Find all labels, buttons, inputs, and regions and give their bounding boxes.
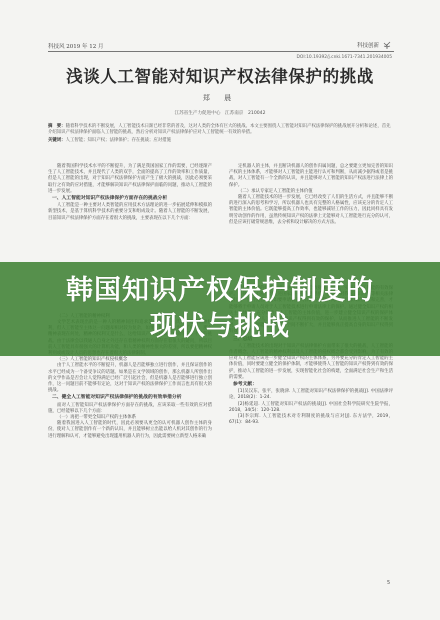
keywords-text: 人工智能；知识产权；法律保护；存在挑战；应对措施	[66, 138, 171, 143]
page-number: 5	[387, 580, 390, 586]
author-affiliation: 江苏省生产力促进中心 江苏南京 210042	[0, 110, 440, 116]
keywords-label: 关键词：	[48, 138, 66, 143]
overlay-title-banner: 韩国知识产权保护制度的 现状与挑战	[0, 262, 440, 356]
header-rule	[48, 51, 394, 52]
banner-title-line-1: 韩国知识产权保护制度的	[66, 273, 374, 309]
reference-item: [1]吴汉东，张平，张晓津. 人工智能对知识产权法律保护的挑战[J]. 中国法律…	[229, 389, 393, 401]
section-heading: 一、人工智能对知识产权法律保护方面存在的挑战分析	[48, 196, 212, 202]
section-heading: 二、健全人工智能对知识产权法律保护的挑战的有效举措分析	[48, 395, 212, 401]
abstract-block: 摘 要：随着科学技术的不断发展，人工智能技术日渐已经非常的普及，这对人类的全体有…	[48, 124, 392, 144]
reference-item: [3]李宗辉. 人工智能技术对专利制度的挑战与应对[J]. 东方法学，2019，…	[229, 414, 393, 426]
doi-label: DOI:10.19392/j.cnki.1671-7341.201934005	[297, 55, 392, 60]
section-label: 科技创新	[357, 41, 379, 49]
references-heading: 参考文献：	[229, 382, 393, 388]
body-paragraph: 定机器人的主体，并且断决机器人的创作归属问题，总之要建立更加完善的知识产权的主体…	[229, 164, 393, 189]
intro-paragraph: 随着我国科学技术水平的不断提升，为了满足我国国家工作的需要，已经逐渐产生了人工智…	[48, 164, 212, 195]
journal-issue: 科技风 2019 年 12 月	[48, 42, 104, 50]
abstract-label: 摘 要：	[48, 124, 66, 129]
article-title: 浅谈人工智能对知识产权法律保护的挑战	[0, 63, 440, 87]
abstract-text: 随着科学技术的不断发展，人工智能技术日渐已经非常的普及，这对人类的全体有巨大的挑…	[48, 124, 391, 135]
leaf-logo-icon	[382, 40, 392, 50]
banner-title-line-2: 现状与挑战	[150, 309, 290, 345]
body-paragraph: 随着人工智能技术的进一步发展，它已经改变了人们的生活方式，并且能够不断的进行深入…	[229, 195, 393, 226]
journal-page: 科技风 2019 年 12 月 科技创新 DOI:10.19392/j.cnki…	[0, 0, 440, 620]
article-author: 郑 晨	[0, 93, 440, 103]
body-paragraph: 面对人工智能知识产权法律保护方面存在的挑战，应该采取一些有效的应对措施，已经能够…	[48, 403, 212, 415]
reference-item: [2]杨延超. 人工智能对知识产权法的挑战[J]. 中国社会科学院研究生院学报，…	[229, 402, 393, 414]
keywords: 关键词：人工智能；知识产权；法律保护；存在挑战；应对措施	[48, 138, 392, 144]
body-paragraph: 人工智能是一种主要对人类智能的应用技术方法理论的进一步拓展延伸和模拟的新型技术，…	[48, 203, 212, 222]
abstract: 摘 要：随着科学技术的不断发展，人工智能技术日渐已经非常的普及，这对人类的全体有…	[48, 124, 392, 137]
section-label-group: 科技创新	[357, 40, 392, 50]
running-head: 科技风 2019 年 12 月 科技创新	[48, 40, 392, 50]
body-paragraph: 随着我国进入人工智能的时代，因此必须要从更全的认可机器人创作主体的身份，使对人工…	[48, 421, 212, 440]
body-paragraph: 由于人工智能水平的不断提升，机器人是否能够独立进行创作，并且保证创作的水平已经成…	[48, 363, 212, 394]
